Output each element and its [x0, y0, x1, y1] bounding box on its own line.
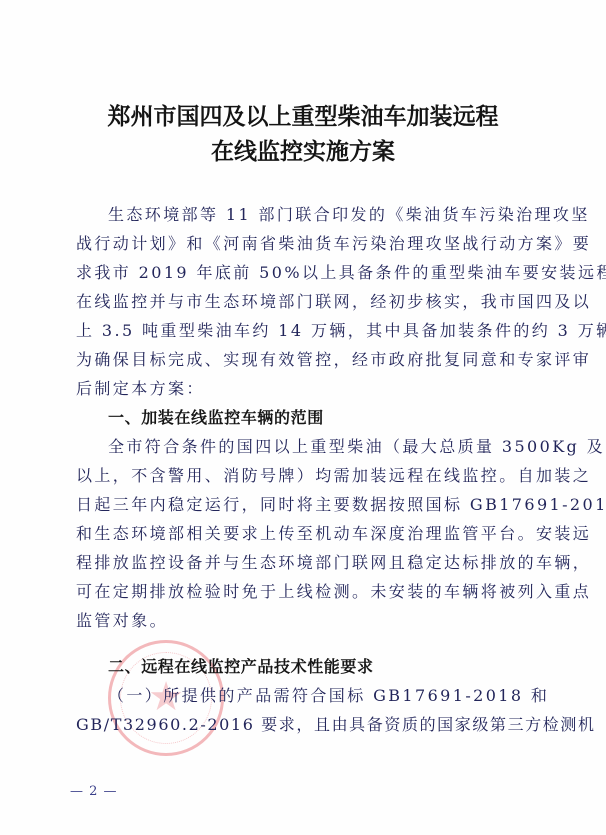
section-1-line: 程排放监控设备并与生态环境部门联网且稳定达标排放的车辆， [76, 553, 531, 573]
page-number: — 2 — [70, 784, 118, 799]
intro-line: 为确保目标完成、实现有效管控，经市政府批复同意和专家评审 [76, 350, 531, 370]
section-1-line: 监管对象。 [76, 611, 531, 631]
intro-line: 生态环境部等 11 部门联合印发的《柴油货车污染治理攻坚 [108, 205, 531, 225]
section-2-line: GB/T32960.2-2016 要求，且由具备资质的国家级第三方检测机 [76, 715, 531, 735]
document-title-line-2: 在线监控实施方案 [0, 135, 606, 169]
intro-line: 求我市 2019 年底前 50%以上具备条件的重型柴油车要安装远程 [76, 263, 531, 283]
section-1-line: 日起三年内稳定运行，同时将主要数据按照国标 GB17691-2018 [76, 495, 531, 515]
intro-line: 上 3.5 吨重型柴油车约 14 万辆，其中具备加装条件的约 3 万辆， [76, 321, 531, 341]
section-1-line: 和生态环境部相关要求上传至机动车深度治理监管平台。安装远 [76, 524, 531, 544]
section-1-heading: 一、加装在线监控车辆的范围 [108, 408, 563, 428]
section-1-line: 全市符合条件的国四以上重型柴油（最大总质量 3500Kg 及 [108, 437, 531, 457]
document-page: 郑州市国四及以上重型柴油车加装远程 在线监控实施方案 生态环境部等 11 部门联… [0, 0, 606, 835]
section-2-heading: 二、远程在线监控产品技术性能要求 [108, 657, 563, 677]
intro-line: 后制定本方案： [76, 379, 531, 399]
document-title-line-1: 郑州市国四及以上重型柴油车加装远程 [0, 100, 606, 134]
section-1-line: 可在定期排放检验时免于上线检测。未安装的车辆将被列入重点 [76, 582, 531, 602]
section-1-line: 以上，不含警用、消防号牌）均需加装远程在线监控。自加装之 [76, 466, 531, 486]
section-2-line: （一）所提供的产品需符合国标 GB17691-2018 和 [108, 686, 531, 706]
intro-line: 在线监控并与市生态环境部门联网，经初步核实，我市国四及以 [76, 292, 531, 312]
intro-line: 战行动计划》和《河南省柴油货车污染治理攻坚战行动方案》要 [76, 234, 531, 254]
